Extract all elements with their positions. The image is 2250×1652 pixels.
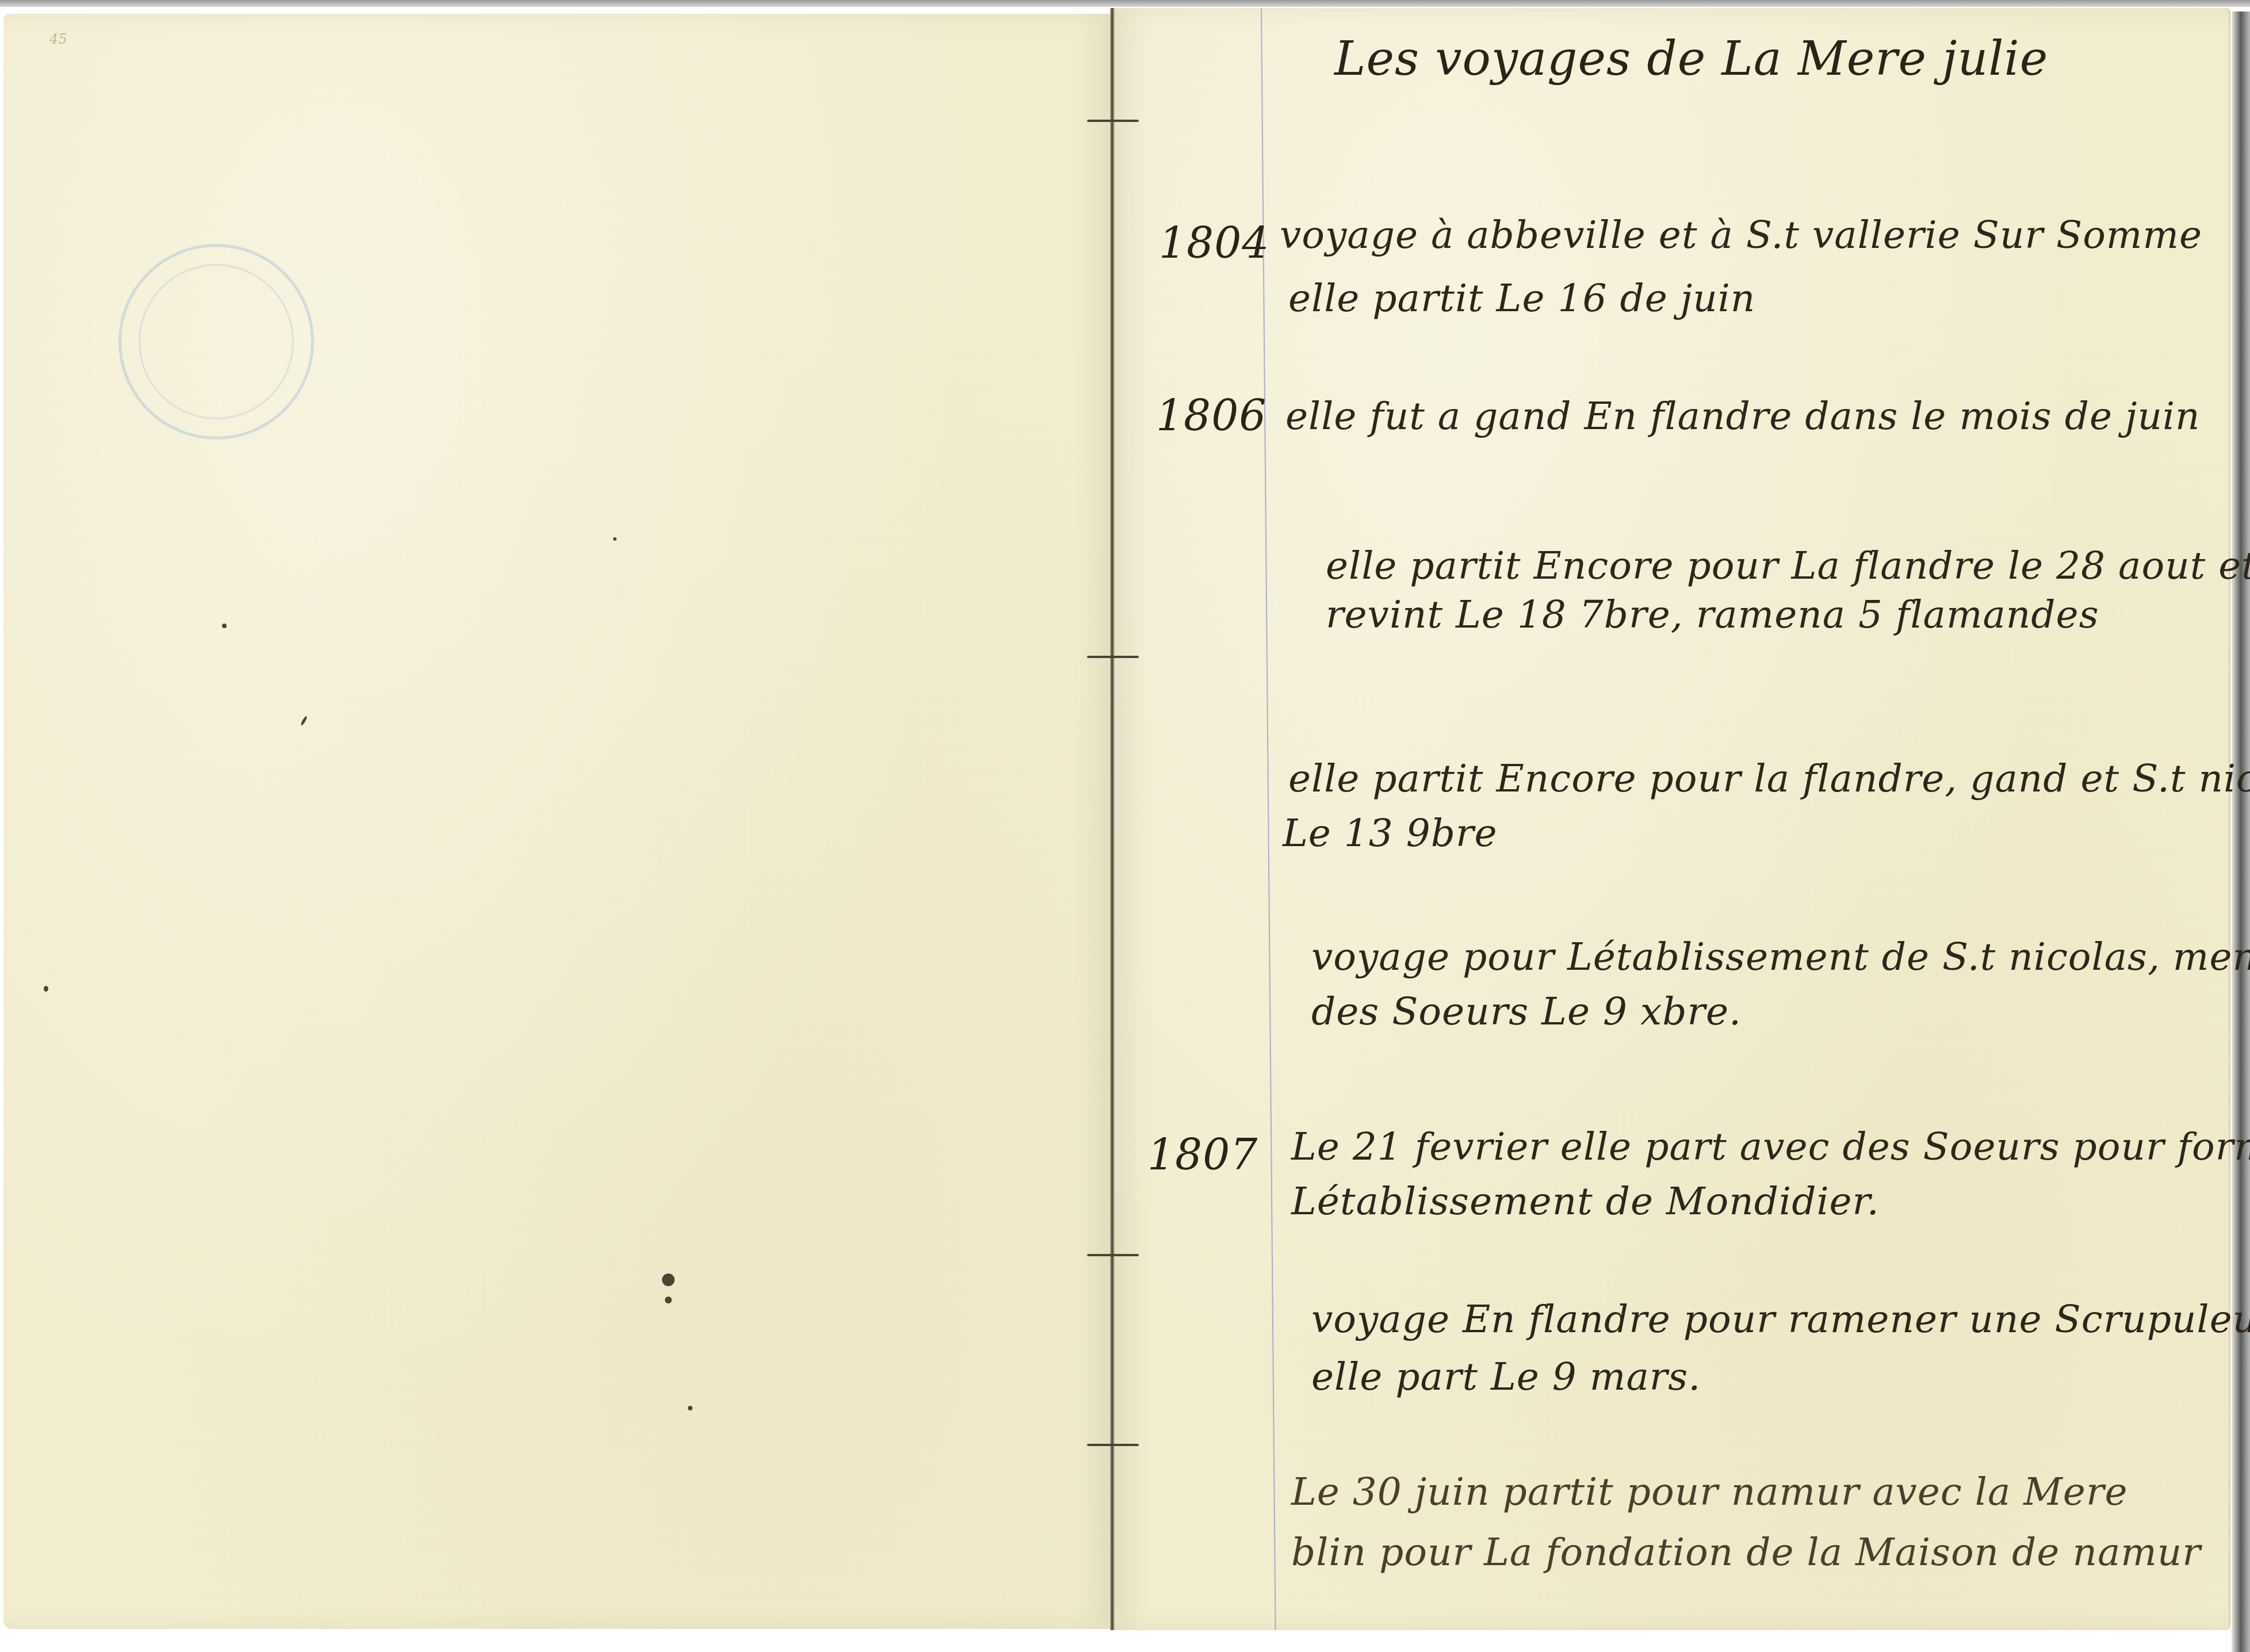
entry-line: voyage pour Létablissement de S.t nicola… — [1311, 935, 2250, 979]
stamp-inner-ring — [139, 264, 294, 419]
entry-year: 1804 — [1159, 219, 1269, 268]
binding-stitch — [1087, 1444, 1139, 1446]
entry-line: blin pour La fondation de la Maison de n… — [1291, 1530, 2201, 1574]
entry-year: 1806 — [1156, 391, 1266, 441]
left-page: 45 — [3, 14, 1113, 1629]
book-spine — [1110, 8, 1115, 1630]
binding-stitch — [1087, 656, 1139, 658]
entry-line: voyage En flandre pour ramener une Scrup… — [1311, 1297, 2250, 1341]
binding-stitch — [1087, 1254, 1139, 1256]
entry-line: Létablissement de Mondidier. — [1291, 1179, 1880, 1223]
ink-speck — [688, 1406, 692, 1410]
entry-line: Le 30 juin partit pour namur avec la Mer… — [1291, 1470, 2128, 1514]
pencil-note: 45 — [49, 31, 78, 48]
scanner-edge — [0, 0, 2250, 7]
ink-speck — [44, 986, 48, 992]
oval-stamp-icon — [118, 244, 314, 439]
ink-speck — [222, 624, 227, 628]
entry-line: Le 13 9bre — [1283, 811, 1498, 855]
entry-line: Le 21 fevrier elle part avec des Soeurs … — [1291, 1125, 2250, 1169]
entry-line: des Soeurs Le 9 xbre. — [1311, 989, 1742, 1034]
entry-line: voyage à abbeville et à S.t vallerie Sur… — [1280, 213, 2202, 257]
ink-speck — [300, 716, 308, 726]
entry-year: 1807 — [1147, 1130, 1258, 1180]
ink-speck — [613, 537, 617, 541]
book-edge — [2232, 12, 2250, 1652]
entry-line: elle part Le 9 mars. — [1311, 1355, 1701, 1399]
entry-line: revint Le 18 7bre, ramena 5 flamandes — [1326, 592, 2099, 637]
entry-line: elle partit Encore pour la flandre, gand… — [1288, 756, 2250, 801]
ink-blot — [662, 1274, 675, 1286]
binding-stitch — [1087, 120, 1139, 122]
ink-blot — [665, 1297, 672, 1303]
entry-line: elle fut a gand En flandre dans le mois … — [1285, 394, 2201, 438]
entry-line: elle partit Encore pour La flandre le 28… — [1326, 544, 2250, 588]
entry-line: elle partit Le 16 de juin — [1288, 276, 1755, 320]
page-title: Les voyages de La Mere julie — [1334, 32, 2048, 86]
